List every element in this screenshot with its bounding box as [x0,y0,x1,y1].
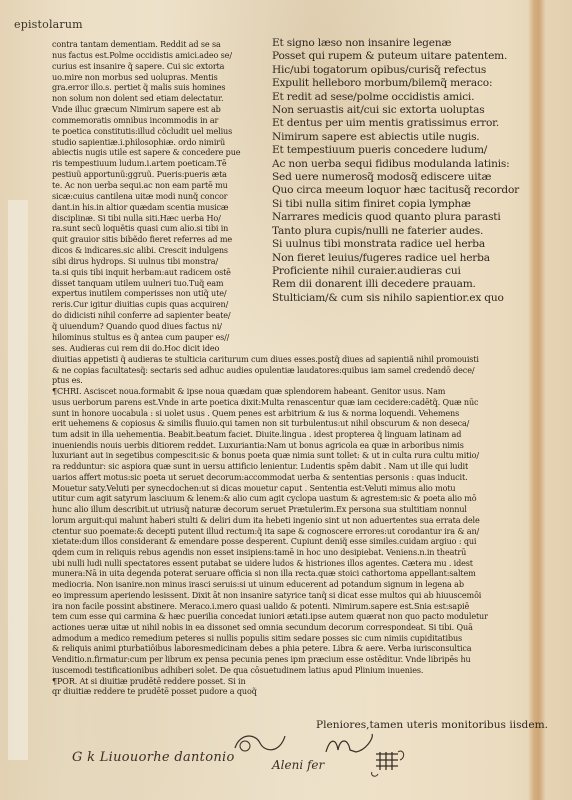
handwritten-signature: G k Liuouorhe dantonio [72,750,235,765]
verse-line: Non seruastis ait/cui sic extorta uolupt… [272,104,532,117]
commentary-line: qdem cum in reliquis rebus agendis non e… [52,547,522,558]
commentary-line: tum adsit in illa uehementia. Beabit.bea… [52,429,522,440]
verse-line: Si uulnus tibi monstrata radice uel herb… [272,238,532,251]
commentary-wide-block: diuitias appetisti q̃ audieras te stulti… [52,354,522,697]
verse-line: Hic/ubi togatorum opibus/curisq̃ refectu… [272,64,532,77]
commentary-line: ¶CHRI. Asciscet noua.formabit & ipse nou… [52,386,522,397]
commentary-line: expertus inutilem comperisses non utiq̃ … [52,288,262,299]
commentary-line: utitur cum agit satyrum lasciuum & lenem… [52,493,522,504]
running-head: epistolarum [14,18,83,31]
commentary-line: mediocria. Non isanire.non minus irasci … [52,579,522,590]
commentary-line: actiones ueræ uitæ ut nihil nobis in ea … [52,622,522,633]
commentary-line: commemoratis omnibus incommodis in ar [52,115,262,126]
verse-line: Stulticiam/& cum sis nihilo sapientior.e… [272,292,532,305]
commentary-line: uarios affert motus:sic poeta ut seruet … [52,472,522,483]
commentary-line: uo.mire non morbus sed uolupras. Mentis [52,72,262,83]
commentary-line: contra tantam dementiam. Reddit ad se sa [52,39,262,50]
verse-line: Et dentus per uim mentis gratissimus err… [272,117,532,130]
commentary-line: ¶POR. At si diuitiæ prudētē reddere poss… [52,676,522,687]
document-page: epistolarum contra tantam dementiam. Red… [0,0,572,800]
commentary-line: qr diuitiæ reddere te prudētē posset pud… [52,686,522,697]
verse-line: Posset qui rupem & puteum uitare patente… [272,50,532,63]
verse-line: Narrares medicis quod quanto plura paras… [272,211,532,224]
commentary-line: ira non facile possint abstinere. Meraco… [52,601,522,612]
commentary-line: disset tanquam utilem uulneri tuo.Tuq̃ e… [52,278,262,289]
verse-line: Sed uere numerosq̃ modosq̃ ediscere uitæ [272,171,532,184]
verse-line: Et signo læso non insanire legenæ [272,37,532,50]
commentary-line: abiectis nugis utile est sapere & conced… [52,147,262,158]
commentary-line: iuscemodi testificationibus adhiberi sol… [52,665,522,676]
commentary-line: usus uerborum parens est.Vnde in arte po… [52,397,522,408]
commentary-line: curius est insanire q̃ sapere. Cui sic e… [52,61,262,72]
verse-line: Quo circa meeum loquor hæc tacitusq̃ rec… [272,184,532,197]
commentary-line: pestiuũ apportunũ:ggruũ. Pueris:pueris æ… [52,169,262,180]
commentary-line: sunt in honore uocabula : si uolet usus … [52,408,522,419]
commentary-line: Mouetur saty.Veluti per synecdochen:ut s… [52,483,522,494]
commentary-line: admodum a medico remedium peteres si nul… [52,633,522,644]
commentary-line: sicæ:cuius cantilena uitæ modi nunq̃ con… [52,191,262,202]
verse-line: Et tempestiuum pueris concedere ludum/ [272,144,532,157]
commentary-line: te. Ac non uerba sequi.ac non eam partē … [52,180,262,191]
commentary-line: ptus es. [52,375,522,386]
commentary-line: inueniendis nouis uerbis ditiorem reddet… [52,440,522,451]
commentary-line: ubi nulli ludi nulli spectatores essent … [52,558,522,569]
commentary-line: tem cum esse qui carmina & hæc puerilia … [52,611,522,622]
commentary-line: disciplinæ. Si tibi nulla siti.Hæc uerba… [52,213,262,224]
commentary-line: Venditio.n.firmatur:cum per librum ex pe… [52,654,522,665]
commentary-line: ctentur suo poemate:& decepti putent ill… [52,526,522,537]
commentary-line: xietate:dum illos considerant & emendare… [52,536,522,547]
commentary-line: nus factus est.Polme occidistis amici.ad… [52,50,262,61]
commentary-line: lorum arguit:qui malunt haberi stulti & … [52,515,522,526]
handwritten-grid-mark-icon [368,748,408,780]
commentary-line: ses. Audieras cui rem dii do.Hoc dicit i… [52,343,262,354]
commentary-line: hilominus stultus es q̃ antea cum pauper… [52,332,262,343]
verse-line: Non fieret leuius/fugeres radice uel her… [272,252,532,265]
verse-line: Ac non uerba sequi fidibus modulanda lat… [272,158,532,171]
verse-line: Expulit helleboro morbum/bilemq̃ meraco: [272,77,532,90]
verse-line: Rem dii donarent illi decedere prauam. [272,278,532,291]
commentary-line: quit grauior sitis bibẽdo fieret referre… [52,234,262,245]
commentary-line: te poetica constitutis:illud cõcludit ue… [52,126,262,137]
handwritten-doodle-icon [230,728,290,758]
commentary-line: non solum non dolent sed etiam delectatu… [52,93,262,104]
commentary-line: ra.sunt secũ loquẽtis quasi cum alio.si … [52,223,262,234]
verse-line: Proficiente nihil curaier.audieras cui [272,265,532,278]
paper-repair-strip [8,200,28,760]
commentary-line: & ne copias facultatesq̃: sectaris sed a… [52,365,522,376]
commentary-line: do didicisti nihil conferre ad sapienter… [52,310,262,321]
commentary-line: & reliquis animi pturbatiōibus laboresme… [52,643,522,654]
verse-line: Et redit ad sese/polme occidistis amici. [272,91,532,104]
commentary-line: eo impressum aperiendo lesissent. Dixit … [52,590,522,601]
commentary-line: reris.Cur igitur diuitias cupis quas acq… [52,299,262,310]
commentary-left-column: contra tantam dementiam. Reddit ad se sa… [52,39,262,353]
commentary-line: erit uehemens & copiosus & similis fluui… [52,418,522,429]
verse-line: Tanto plura cupis/nulli ne faterier aude… [272,225,532,238]
commentary-line: luxuriant aut in segetibus compescit:sic… [52,450,522,461]
verse-right-column: Et signo læso non insanire legenæPosset … [272,37,532,305]
commentary-line: diuitias appetisti q̃ audieras te stulti… [52,354,522,365]
commentary-line: dant.in his.in altior quædam scentia mus… [52,202,262,213]
commentary-line: hunc alio illum describit.ut utriusq̃ na… [52,504,522,515]
commentary-line: sibi dirus hydrops. Si uulnus tibi monst… [52,256,262,267]
commentary-line: ta.si quis tibi inquit herbam:aut radice… [52,267,262,278]
commentary-line: Vnde illuc græcum Nimirum sapere est ab [52,104,262,115]
commentary-line: ris tempestiuum ludum.i.artem poeticam.T… [52,158,262,169]
commentary-line: studio sapientiæ.i.philosophiæ. ordo nim… [52,137,262,148]
commentary-line: q̃ uiuendum? Quando quod diues factus ni… [52,321,262,332]
commentary-line: ra redduntur: sic aspiora quæ sunt in ue… [52,461,522,472]
verse-line: Si tibi nulla sitim finiret copia lymphæ [272,198,532,211]
commentary-line: gra.error illo.s. pertiet q̃ malis suis … [52,82,262,93]
commentary-line: munera:Nā in uita degenda poterat seruar… [52,568,522,579]
verse-line: Nimirum sapere est abiectis utile nugis. [272,131,532,144]
handwritten-signature-2: Aleni fer [272,758,324,772]
commentary-line: dicos & indicares.sic alibi. Crescit ind… [52,245,262,256]
